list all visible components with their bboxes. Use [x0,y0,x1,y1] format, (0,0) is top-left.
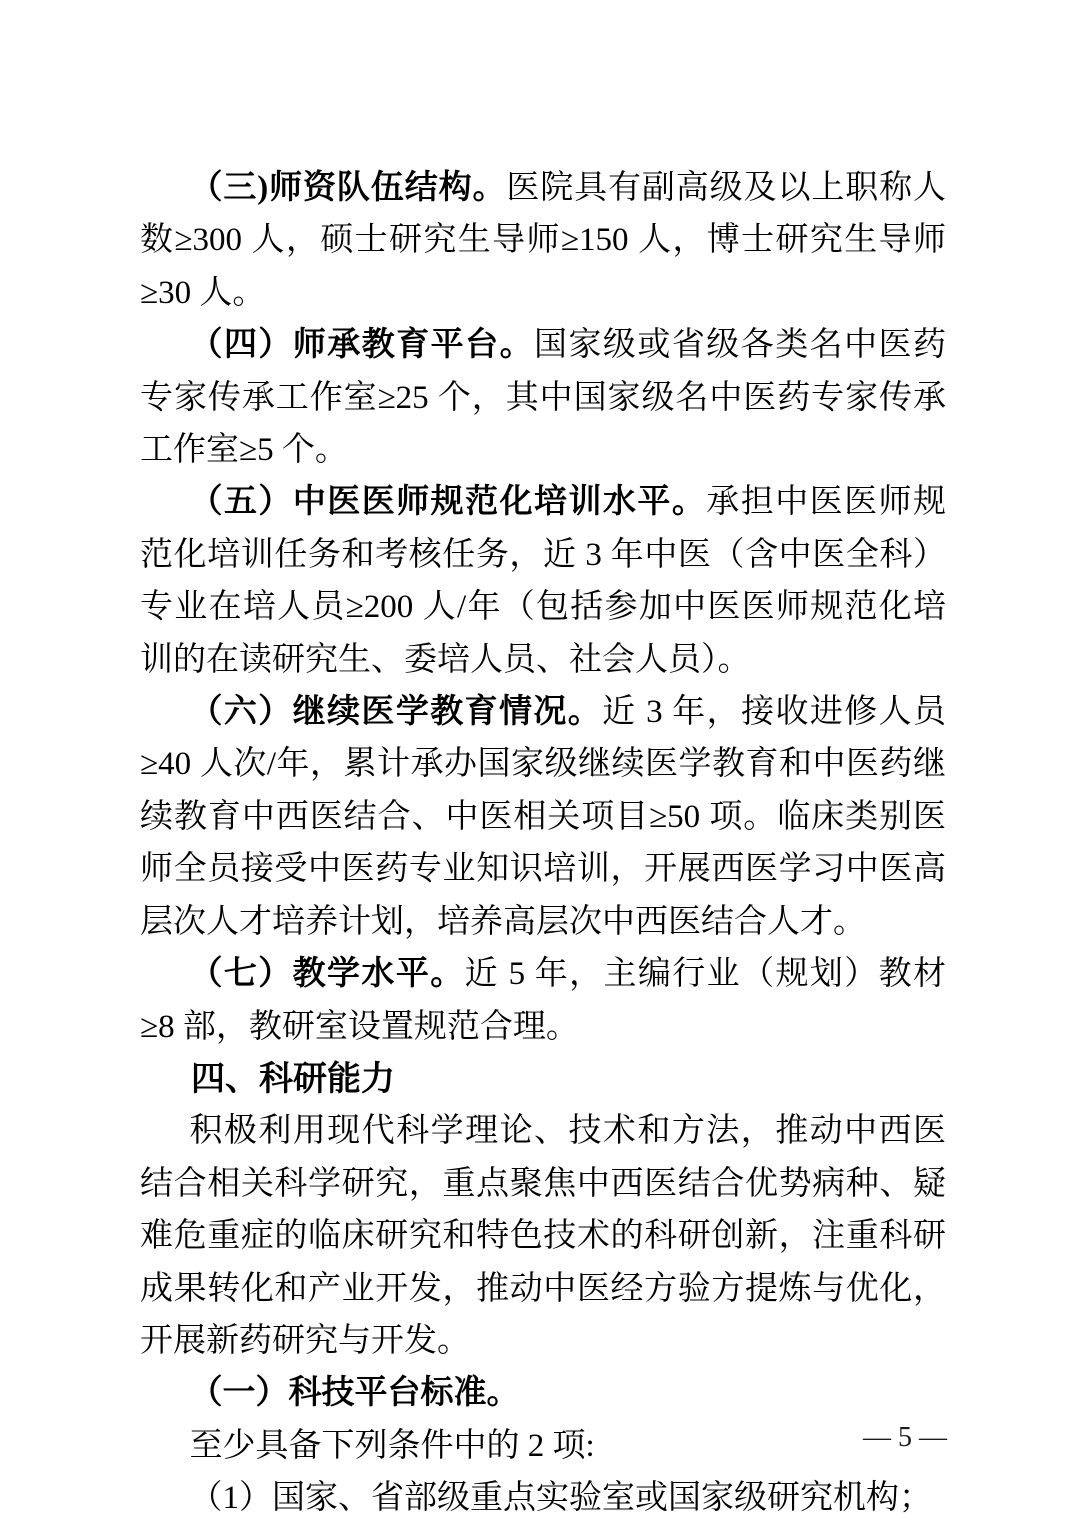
para-continuing-education: （六）继续医学教育情况。近 3 年，接收进修人员≥40 人次/年，累计承办国家级… [140,686,946,948]
para-lead: （七）教学水平。 [190,956,465,992]
heading-research-capability: 四、科研能力 [140,1053,946,1105]
para-lead: （三)师资队伍结构。 [190,170,507,206]
para-condition-1: （1）国家、省部级重点实验室或国家级研究机构； [140,1472,946,1524]
para-minimum-conditions: 至少具备下列条件中的 2 项: [140,1420,946,1472]
document-page: { "page": { "background": "#ffffff", "te… [0,0,1080,1528]
para-text: 近 3 年，接收进修人员≥40 人次/年，累计承办国家级继续医学教育和中医药继续… [140,694,946,940]
page-number: — 5 — [863,1420,947,1456]
para-tech-platform-standard: （一）科技平台标准。 [140,1367,946,1419]
para-text: 至少具备下列条件中的 2 项: [190,1428,595,1464]
para-lead: （五）中医医师规范化培训水平。 [190,484,707,520]
para-tcm-standardized-training: （五）中医医师规范化培训水平。承担中医医师规范化培训任务和考核任务，近 3 年中… [140,476,946,686]
para-faculty-structure: （三)师资队伍结构。医院具有副高级及以上职称人数≥300 人，硕士研究生导师≥1… [140,162,946,319]
para-text: （1）国家、省部级重点实验室或国家级研究机构； [190,1480,933,1516]
document-body: （三)师资队伍结构。医院具有副高级及以上职称人数≥300 人，硕士研究生导师≥1… [140,162,946,1525]
para-text: 积极利用现代科学理论、技术和方法，推动中西医结合相关科学研究，重点聚焦中西医结合… [140,1113,946,1359]
para-lead: （一）科技平台标准。 [190,1375,520,1411]
para-research-overview: 积极利用现代科学理论、技术和方法，推动中西医结合相关科学研究，重点聚焦中西医结合… [140,1105,946,1367]
para-mentorship-platform: （四）师承教育平台。国家级或省级各类名中医药专家传承工作室≥25 个，其中国家级… [140,319,946,476]
para-teaching-level: （七）教学水平。近 5 年，主编行业（规划）教材≥8 部，教研室设置规范合理。 [140,948,946,1053]
para-lead: （六）继续医学教育情况。 [190,694,603,730]
para-lead: （四）师承教育平台。 [190,327,535,363]
